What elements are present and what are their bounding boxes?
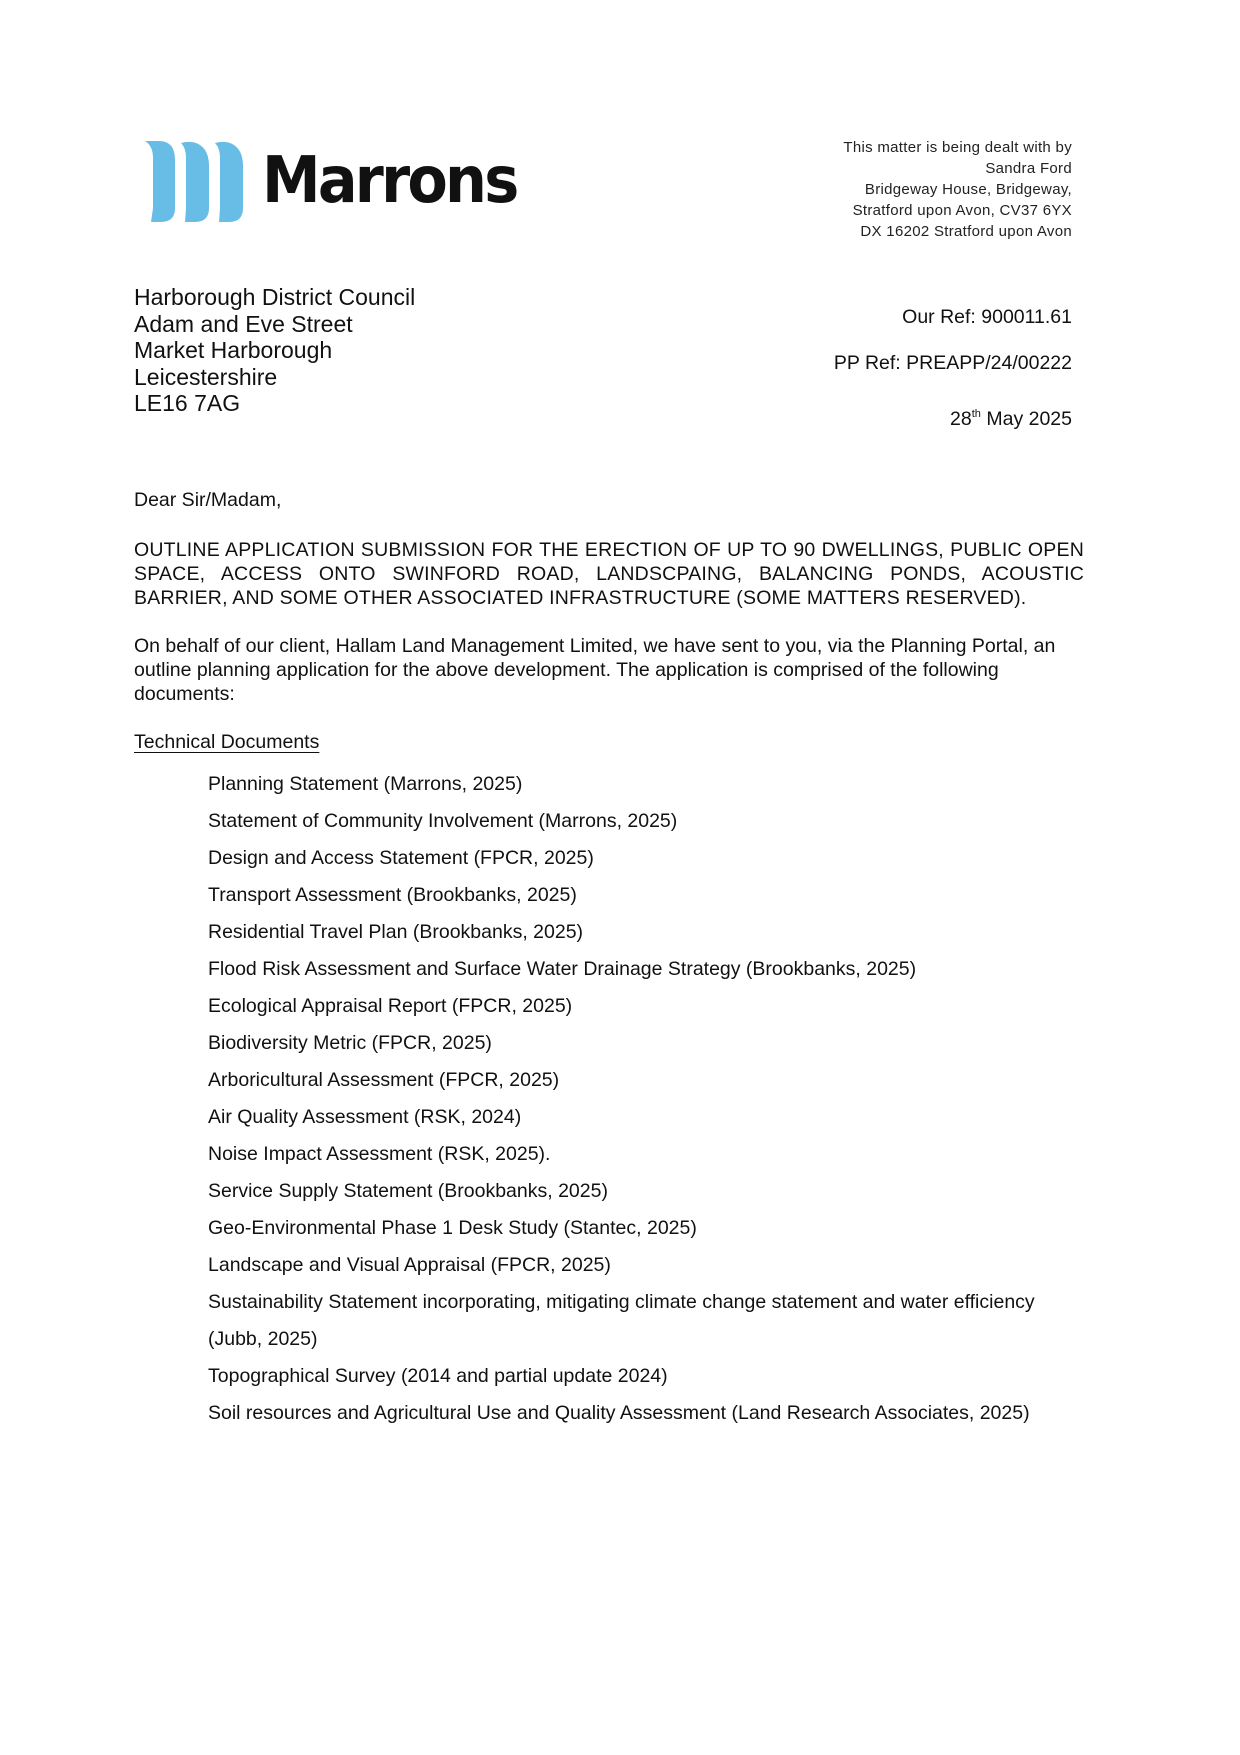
- document-list-item: Sustainability Statement incorporating, …: [208, 1284, 1084, 1321]
- document-list-item: Soil resources and Agricultural Use and …: [208, 1395, 1084, 1432]
- document-list-item: Design and Access Statement (FPCR, 2025): [208, 840, 1084, 877]
- document-list-item: Statement of Community Involvement (Marr…: [208, 803, 1084, 840]
- document-list-item: Air Quality Assessment (RSK, 2024): [208, 1099, 1084, 1136]
- document-list-item: Topographical Survey (2014 and partial u…: [208, 1358, 1084, 1395]
- subject-heading: OUTLINE APPLICATION SUBMISSION FOR THE E…: [134, 538, 1084, 610]
- sender-contact-block: This matter is being dealt with by Sandr…: [843, 137, 1072, 242]
- planning-portal-reference: PP Ref: PREAPP/24/00222: [834, 352, 1072, 375]
- recipient-postcode: LE16 7AG: [134, 390, 415, 417]
- document-list-item: Noise Impact Assessment (RSK, 2025).: [208, 1136, 1084, 1173]
- document-list-item: Landscape and Visual Appraisal (FPCR, 20…: [208, 1247, 1084, 1284]
- marrons-logo: Marrons: [143, 136, 539, 226]
- recipient-line: Leicestershire: [134, 364, 415, 391]
- recipient-address: Harborough District Council Adam and Eve…: [134, 284, 415, 417]
- date-suffix: th: [972, 408, 981, 420]
- letter-page: Marrons This matter is being dealt with …: [0, 0, 1240, 1755]
- recipient-line: Harborough District Council: [134, 284, 415, 311]
- document-list-item: Geo-Environmental Phase 1 Desk Study (St…: [208, 1210, 1084, 1247]
- recipient-line: Market Harborough: [134, 337, 415, 364]
- our-reference: Our Ref: 900011.61: [834, 306, 1072, 329]
- date-day: 28: [950, 408, 972, 430]
- document-list-item: Transport Assessment (Brookbanks, 2025): [208, 877, 1084, 914]
- contact-line: This matter is being dealt with by: [843, 137, 1072, 158]
- document-list-item: (Jubb, 2025): [208, 1321, 1084, 1358]
- intro-paragraph: On behalf of our client, Hallam Land Man…: [134, 634, 1084, 706]
- recipient-line: Adam and Eve Street: [134, 311, 415, 338]
- contact-line: Bridgeway House, Bridgeway,: [843, 179, 1072, 200]
- letter-date: 28th May 2025: [834, 408, 1072, 431]
- letter-body: Dear Sir/Madam, OUTLINE APPLICATION SUBM…: [134, 488, 1084, 1432]
- technical-documents-heading: Technical Documents: [134, 730, 319, 754]
- contact-name: Sandra Ford: [843, 158, 1072, 179]
- document-list-item: Residential Travel Plan (Brookbanks, 202…: [208, 914, 1084, 951]
- document-list-item: Ecological Appraisal Report (FPCR, 2025): [208, 988, 1084, 1025]
- contact-line: Stratford upon Avon, CV37 6YX: [843, 200, 1072, 221]
- contact-line: DX 16202 Stratford upon Avon: [843, 221, 1072, 242]
- salutation: Dear Sir/Madam,: [134, 488, 1084, 512]
- marrons-logo-mark-icon: [143, 138, 248, 224]
- document-list-item: Biodiversity Metric (FPCR, 2025): [208, 1025, 1084, 1062]
- document-list-item: Service Supply Statement (Brookbanks, 20…: [208, 1173, 1084, 1210]
- technical-documents-list: Planning Statement (Marrons, 2025)Statem…: [134, 766, 1084, 1432]
- date-month-year: May 2025: [981, 408, 1072, 430]
- document-list-item: Planning Statement (Marrons, 2025): [208, 766, 1084, 803]
- marrons-logo-text: Marrons: [262, 149, 516, 213]
- reference-block: Our Ref: 900011.61 PP Ref: PREAPP/24/002…: [834, 306, 1072, 431]
- document-list-item: Flood Risk Assessment and Surface Water …: [208, 951, 1084, 988]
- document-list-item: Arboricultural Assessment (FPCR, 2025): [208, 1062, 1084, 1099]
